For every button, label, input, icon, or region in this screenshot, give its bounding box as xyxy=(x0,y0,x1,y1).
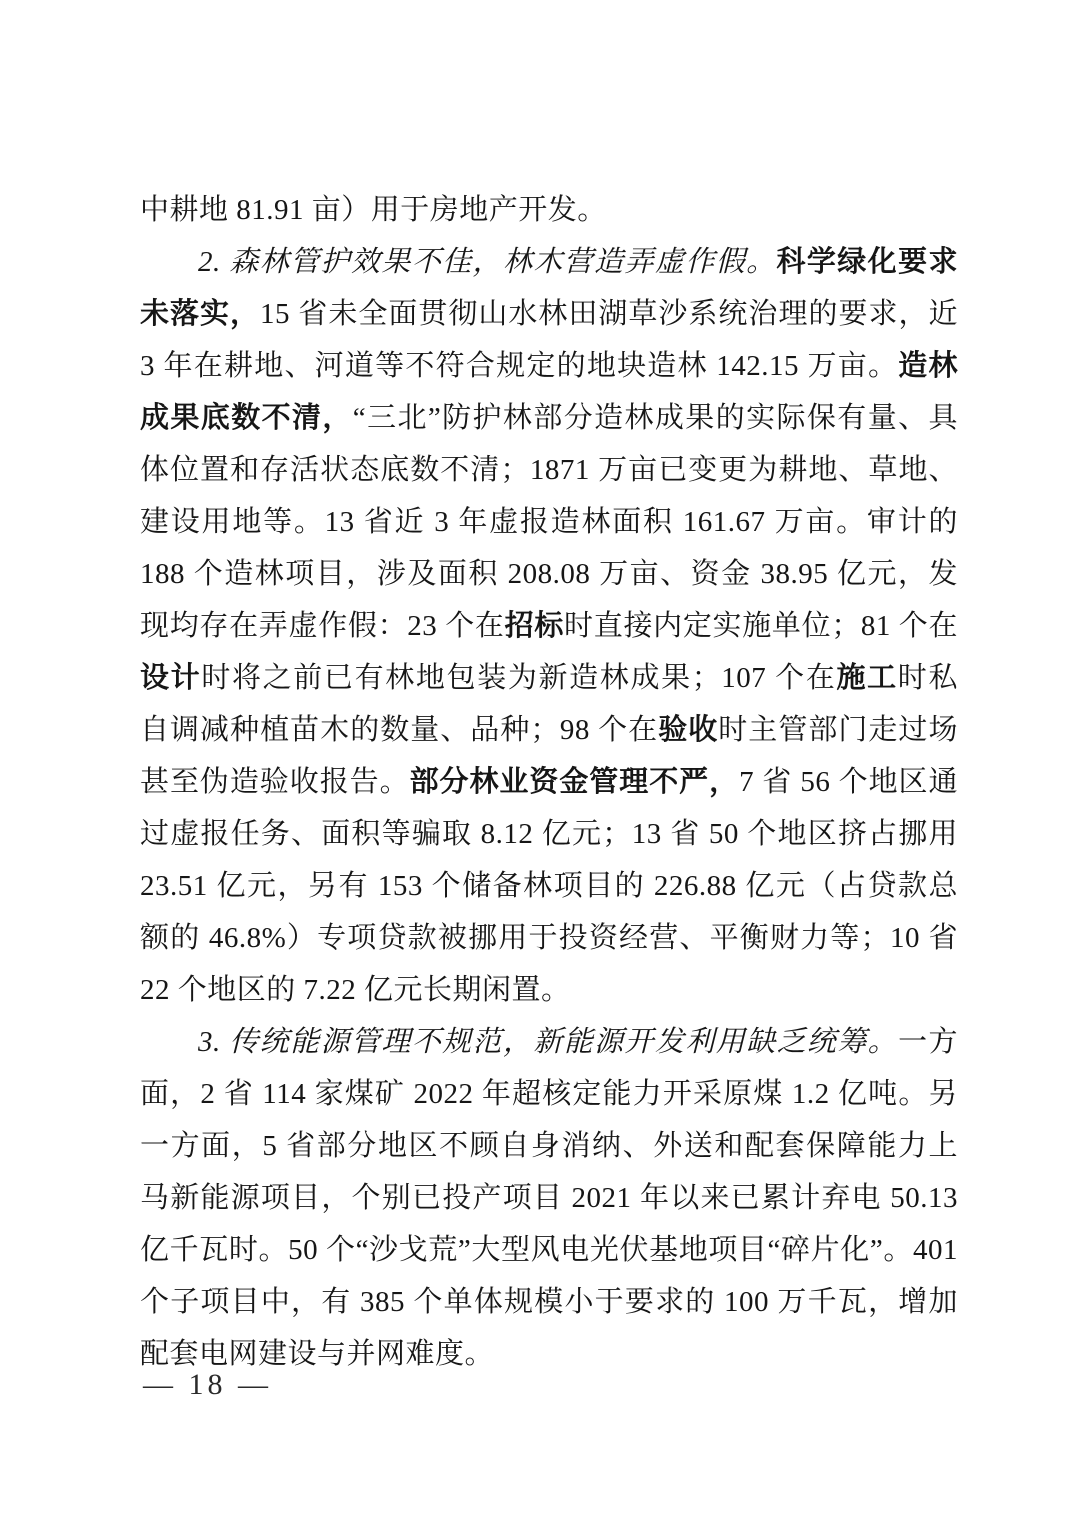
paragraph-section-3: 3. 传统能源管理不规范，新能源开发利用缺乏统筹。一方面，2 省 114 家煤矿… xyxy=(140,1016,958,1380)
section-2-heading: 2. 森林管护效果不佳，林木营造弄虚作假。 xyxy=(198,246,777,278)
emphasis-text-run: 部分林业资金管理不严， xyxy=(410,766,739,798)
page-body-text: 中耕地 81.91 亩）用于房地产开发。 2. 森林管护效果不佳，林木营造弄虚作… xyxy=(140,184,958,1380)
body-text-run: 时直接内定实施单位；81 个在 xyxy=(564,610,958,642)
emphasis-text-run: 设计 xyxy=(140,662,201,694)
page-number: — 18 — xyxy=(143,1362,272,1408)
document-page: 中耕地 81.91 亩）用于房地产开发。 2. 森林管护效果不佳，林木营造弄虚作… xyxy=(0,0,1080,1527)
body-text-run: 中耕地 81.91 亩）用于房地产开发。 xyxy=(140,194,607,226)
paragraph-section-2: 2. 森林管护效果不佳，林木营造弄虚作假。科学绿化要求未落实，15 省未全面贯彻… xyxy=(140,236,958,1016)
section-3-heading: 3. 传统能源管理不规范，新能源开发利用缺乏统筹。 xyxy=(198,1026,898,1058)
emphasis-text-run: 验收 xyxy=(658,714,718,746)
emphasis-text-run: 施工 xyxy=(836,662,897,694)
body-text-run: 15 省未全面贯彻山水林田湖草沙系统治理的要求，近 3 年在耕地、河道等不符合规… xyxy=(140,298,958,382)
body-text-run: 7 省 56 个地区通过虚报任务、面积等骗取 8.12 亿元；13 省 50 个… xyxy=(140,766,958,1006)
emphasis-text-run: 招标 xyxy=(505,610,564,642)
paragraph-continuation: 中耕地 81.91 亩）用于房地产开发。 xyxy=(140,184,958,236)
page-number-label: — 18 — xyxy=(143,1368,272,1401)
body-text-run: “三北”防护林部分造林成果的实际保有量、具体位置和存活状态底数不清；1871 万… xyxy=(140,402,958,642)
body-text-run: 一方面，2 省 114 家煤矿 2022 年超核定能力开采原煤 1.2 亿吨。另… xyxy=(140,1026,958,1370)
body-text-run: 时将之前已有林地包装为新造林成果；107 个在 xyxy=(201,662,836,694)
